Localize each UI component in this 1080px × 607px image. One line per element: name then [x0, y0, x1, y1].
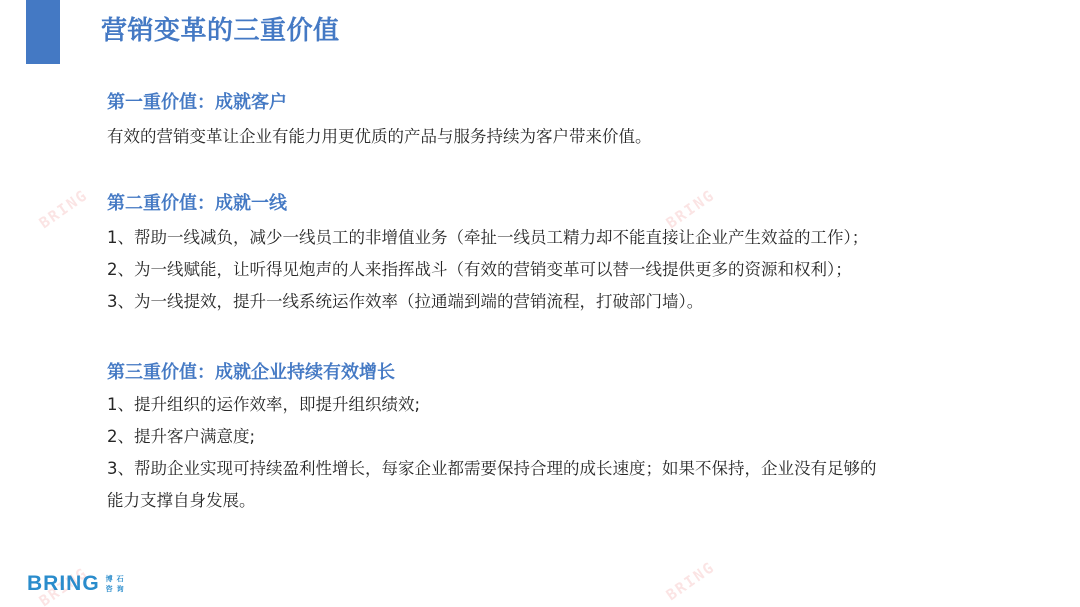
watermark: BRING [663, 558, 719, 604]
page-title: 营销变革的三重价值 [101, 13, 340, 49]
list-item: 1、帮助一线减负，减少一线员工的非增值业务（牵扯一线员工精力却不能直接让企业产生… [107, 222, 868, 254]
section-list: 1、提升组织的运作效率，即提升组织绩效; 2、提升客户满意度; 3、帮助企业实现… [107, 389, 877, 517]
logo-chinese-mark-icon: 博 石 咨 询 [105, 575, 125, 593]
logo-wordmark: BRING [27, 573, 100, 595]
list-item: 1、提升组织的运作效率，即提升组织绩效; [107, 389, 877, 421]
list-item: 3、帮助企业实现可持续盈利性增长，每家企业都需要保持合理的成长速度；如果不保持，… [107, 453, 877, 485]
section-value-3: 第三重价值：成就企业持续有效增长 1、提升组织的运作效率，即提升组织绩效; 2、… [107, 360, 877, 517]
list-item: 2、提升客户满意度; [107, 421, 877, 453]
section-list: 1、帮助一线减负，减少一线员工的非增值业务（牵扯一线员工精力却不能直接让企业产生… [107, 222, 868, 318]
title-accent-bar [26, 0, 60, 64]
watermark: BRING [36, 186, 92, 232]
section-heading: 第三重价值：成就企业持续有效增长 [107, 360, 877, 386]
logo-mark-char: 博 [105, 575, 114, 583]
logo-mark-char: 咨 [105, 585, 114, 593]
section-value-2: 第二重价值：成就一线 1、帮助一线减负，减少一线员工的非增值业务（牵扯一线员工精… [107, 191, 868, 318]
brand-logo: BRING 博 石 咨 询 [27, 573, 125, 595]
logo-mark-char: 石 [116, 575, 125, 583]
list-item-continuation: 能力支撑自身发展。 [107, 485, 877, 517]
section-text: 有效的营销变革让企业有能力用更优质的产品与服务持续为客户带来价值。 [107, 121, 652, 153]
section-heading: 第二重价值：成就一线 [107, 191, 868, 217]
section-value-1: 第一重价值：成就客户 有效的营销变革让企业有能力用更优质的产品与服务持续为客户带… [107, 90, 652, 153]
list-item: 3、为一线提效，提升一线系统运作效率（拉通端到端的营销流程，打破部门墙）。 [107, 286, 868, 318]
logo-mark-char: 询 [116, 585, 125, 593]
list-item: 2、为一线赋能，让听得见炮声的人来指挥战斗（有效的营销变革可以替一线提供更多的资… [107, 254, 868, 286]
section-heading: 第一重价值：成就客户 [107, 90, 652, 116]
